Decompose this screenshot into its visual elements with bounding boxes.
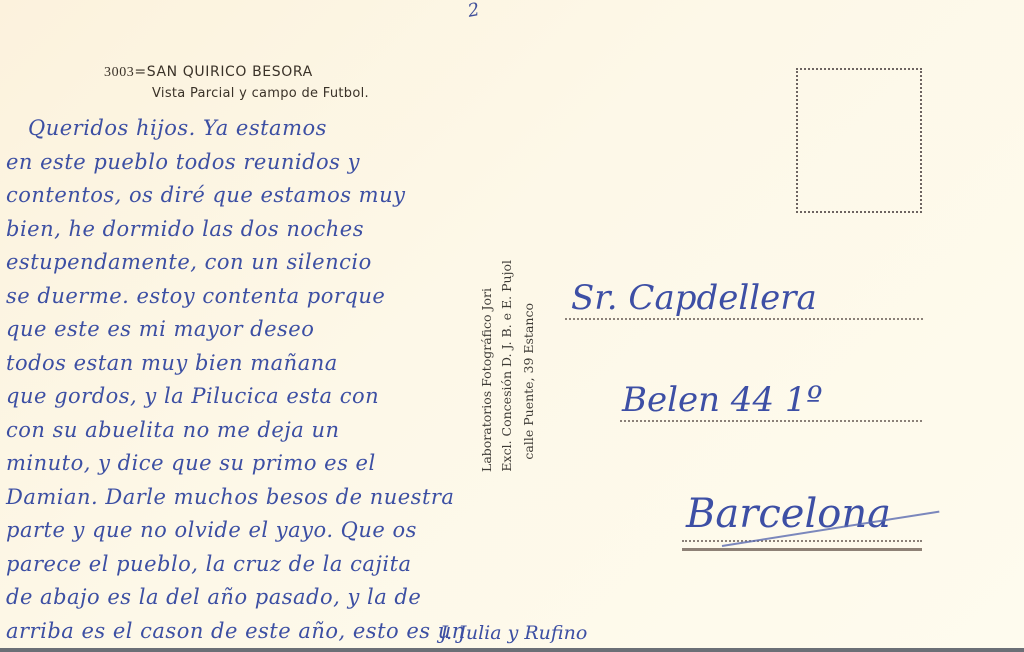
stamp-box	[796, 68, 922, 213]
publisher-line-2: Excl. Concesión D. J. B. e E. Pujol	[498, 260, 516, 472]
address-street-line: Belen 44 1º	[620, 380, 922, 422]
address-recipient: Sr. Capdellera	[565, 278, 817, 318]
message-line: contentos, os diré que estamos muy	[6, 179, 566, 213]
postcard-back: 2 3003=SAN QUIRICO BESORA Vista Parcial …	[0, 0, 1024, 648]
caption-subtitle: Vista Parcial y campo de Futbol.	[152, 86, 369, 101]
address-recipient-line: Sr. Capdellera	[565, 278, 923, 320]
address-city: Barcelona	[682, 491, 891, 537]
message-line: en este pueblo todos reunidos y	[6, 146, 566, 180]
signature-text: J. Julia y Rufino	[440, 622, 587, 644]
message-line: de abajo es la del año pasado, y la de	[6, 581, 566, 615]
caption-separator: =	[134, 64, 146, 80]
caption-title: 3003=SAN QUIRICO BESORA	[104, 64, 313, 81]
message-line: parte y que no olvide el yayo. Que os	[6, 514, 566, 548]
message-line: parece el pueblo, la cruz de la cajita	[6, 548, 566, 582]
card-edge	[0, 648, 1024, 652]
message-line: Damian. Darle muchos besos de nuestra	[6, 481, 566, 515]
publisher-line-3: calle Puente, 39 Estanco	[520, 303, 538, 460]
city-underline	[682, 548, 922, 551]
message-line: Queridos hijos. Ya estamos	[6, 112, 566, 146]
caption-number: 3003	[104, 65, 134, 80]
publisher-line-1: Laboratorios Fotográfico Jori	[478, 288, 496, 472]
publisher-imprint: Laboratorios Fotográfico Jori Excl. Conc…	[478, 212, 550, 472]
signature: J. Julia y Rufino	[440, 622, 587, 644]
address-street: Belen 44 1º	[620, 380, 823, 420]
caption-place: SAN QUIRICO BESORA	[147, 64, 313, 80]
pencil-mark: 2	[466, 0, 481, 22]
